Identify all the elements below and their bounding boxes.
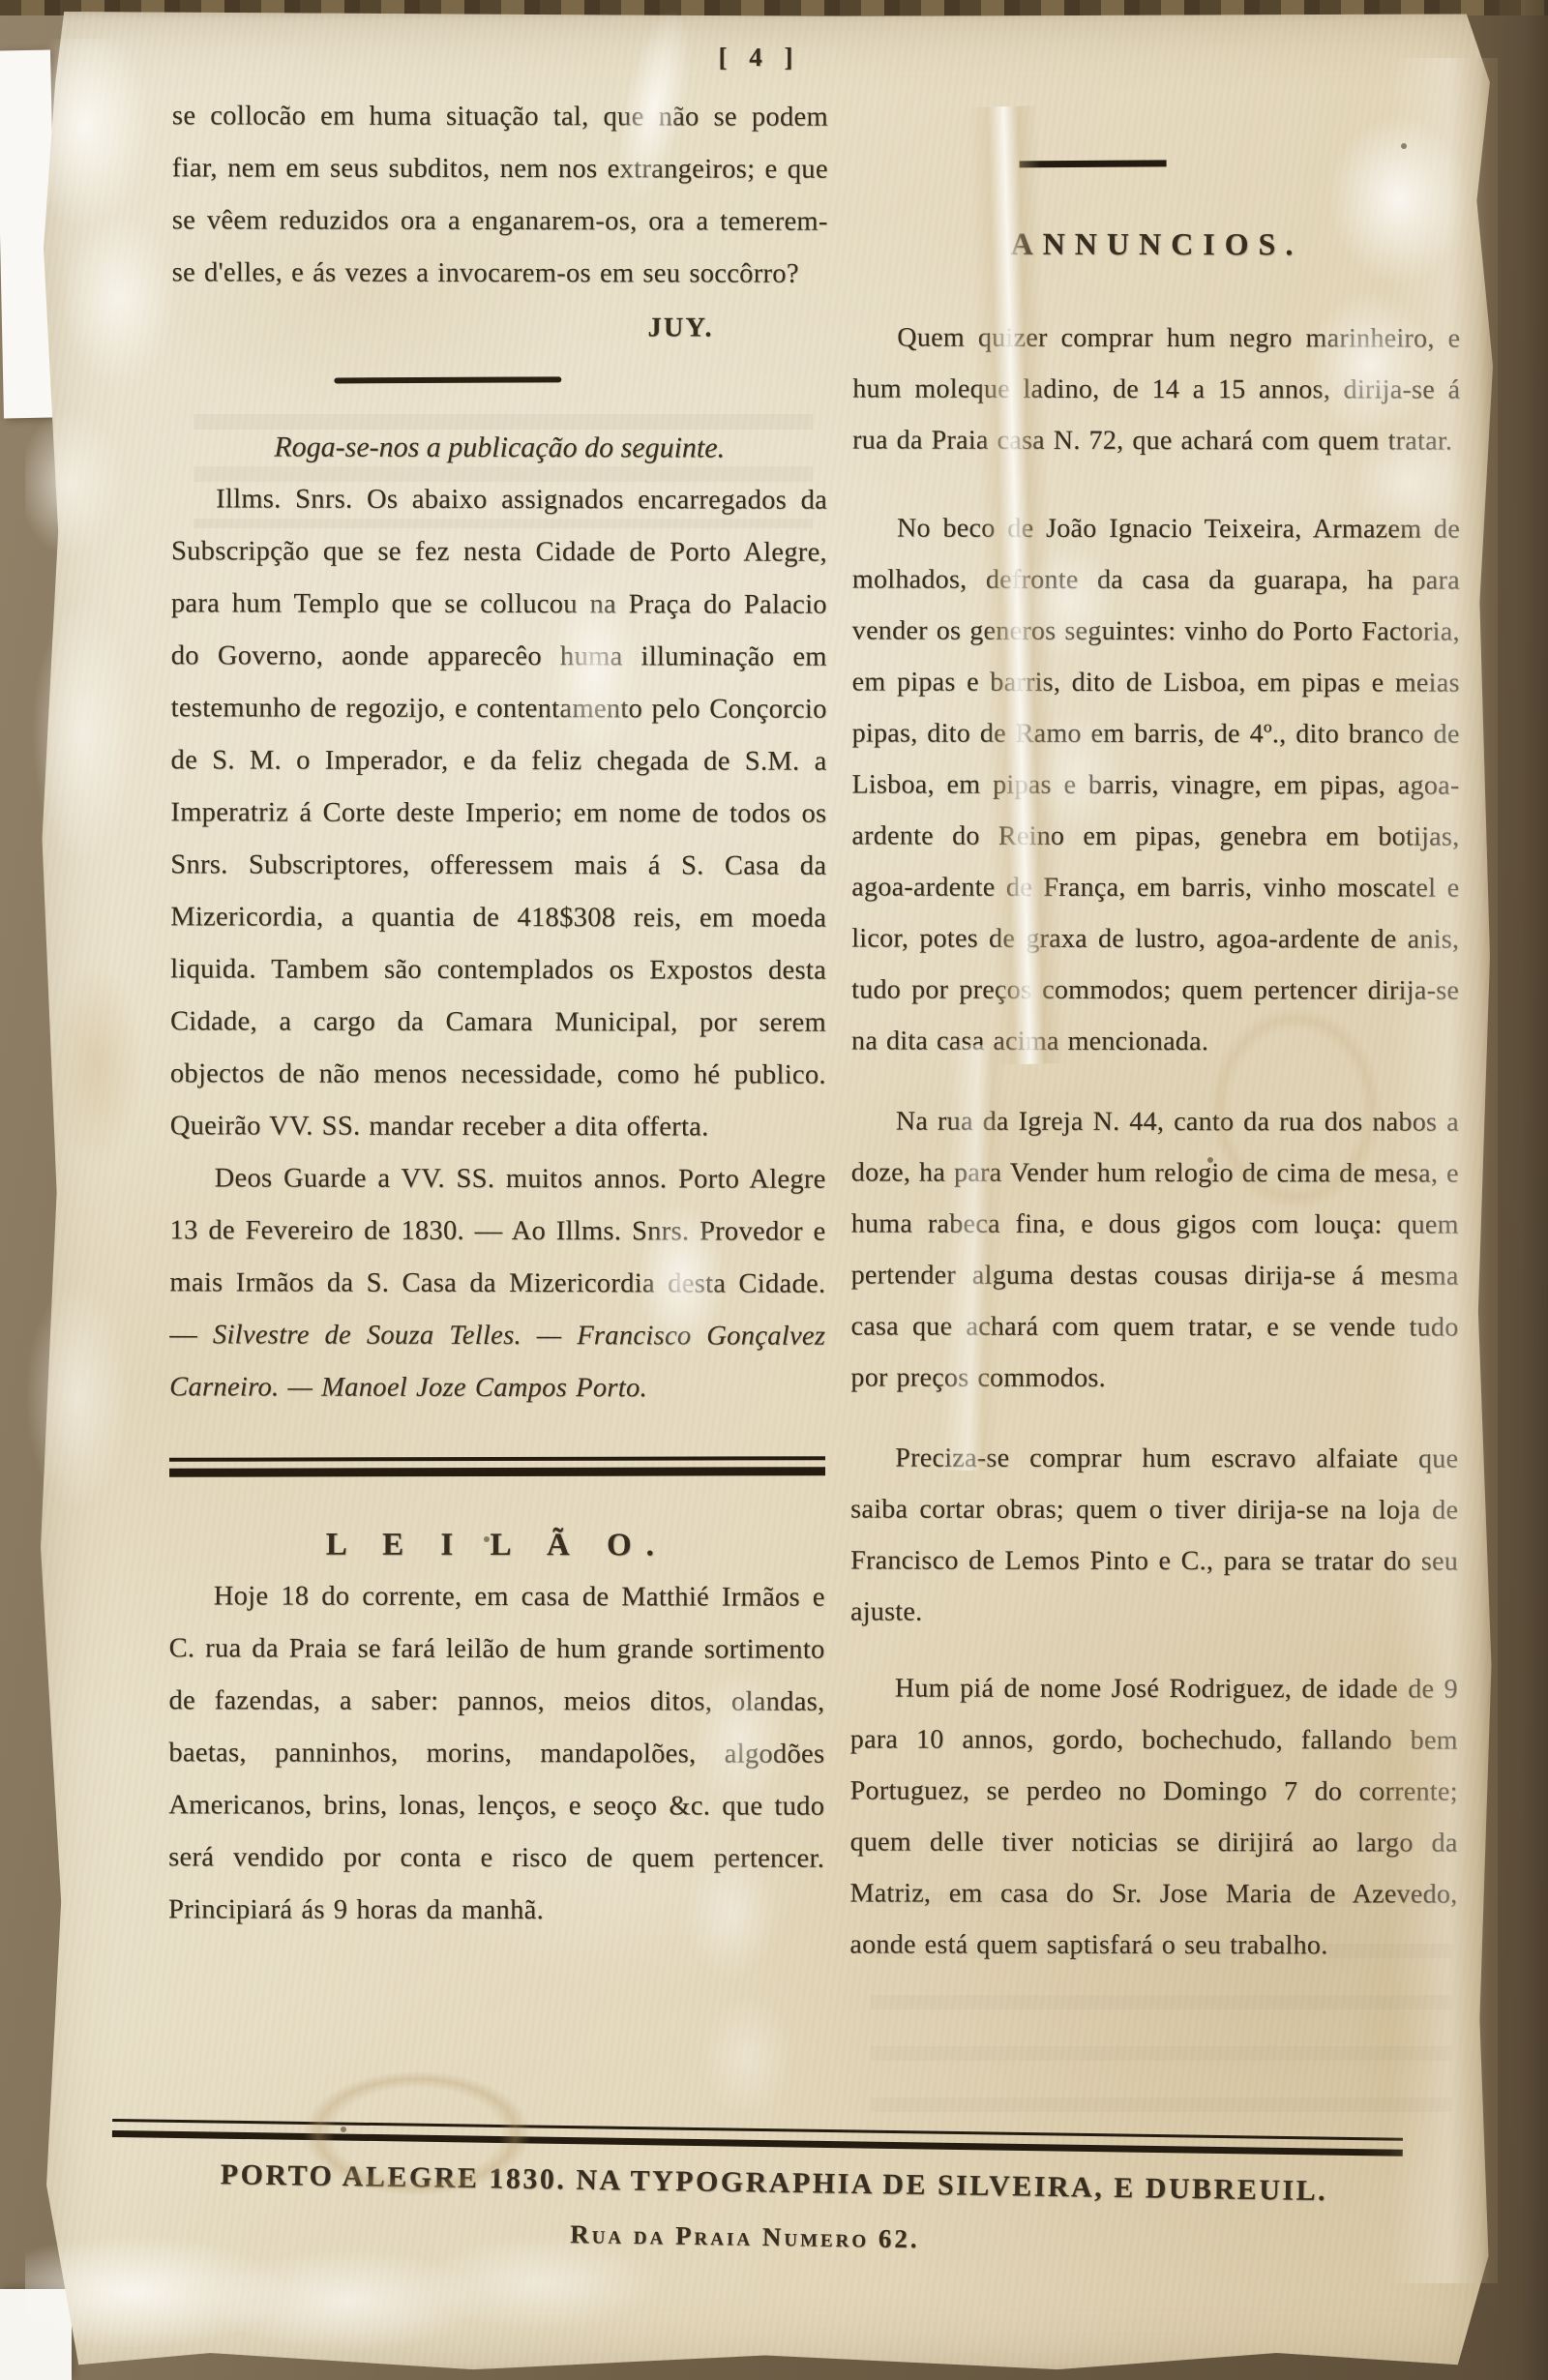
advertisement: Preciza-se comprar hum escravo alfaiate … [850,1432,1458,1638]
right-column: ANNUNCIOS. Quem quizer comprar hum negro… [849,160,1460,1971]
imprint-line: PORTO ALEGRE 1830. NA TYPOGRAPHIA DE SIL… [145,2157,1403,2209]
double-divider-rule [169,1456,825,1477]
advertisement: Hum piá de nome José Rodriguez, de idade… [849,1662,1458,1971]
advertisement: Na rua da Igreja N. 44, canto da rua dos… [850,1095,1459,1404]
letter-signatures: Silvestre de Souza Telles. — Francisco G… [169,1320,825,1403]
advertisement: Quem quizer comprar hum negro marinheiro… [852,312,1460,466]
footer-double-rule [112,2119,1403,2157]
publication-note-heading: Roga-se-nos a publicação do seguinte. [171,421,827,474]
page-content: [ 4 ] se collocão em huma situação tal, … [0,0,1548,2380]
intro-signature: JUY. [171,301,827,354]
annuncios-heading: ANNUNCIOS. [852,217,1460,270]
leilao-paragraph: Hoje 18 do corrente, em casa de Matthié … [168,1570,825,1937]
scanned-newspaper-page: [ 4 ] se collocão em huma situação tal, … [0,0,1548,2380]
column-top-rule [1020,160,1167,167]
advertisement: No beco de João Ignacio Teixeira, Armaze… [851,502,1460,1067]
leilao-heading: L E I L Ã O. [169,1518,825,1571]
divider-line-thick [169,1467,825,1477]
subscription-letter-paragraph: Illms. Snrs. Os abaixo assignados encarr… [170,473,827,1153]
left-column: se collocão em huma situação tal, que nã… [168,90,828,1937]
page-number: [ 4 ] [677,43,842,73]
imprint-address-line: Rua da Praia Numero 62. [145,2214,1345,2260]
section-divider-rule [334,376,561,383]
intro-paragraph: se collocão em huma situação tal, que nã… [172,90,828,300]
divider-line-thin [169,1456,825,1462]
letter-closing-paragraph: Deos Guarde a VV. SS. muitos annos. Port… [169,1152,826,1414]
